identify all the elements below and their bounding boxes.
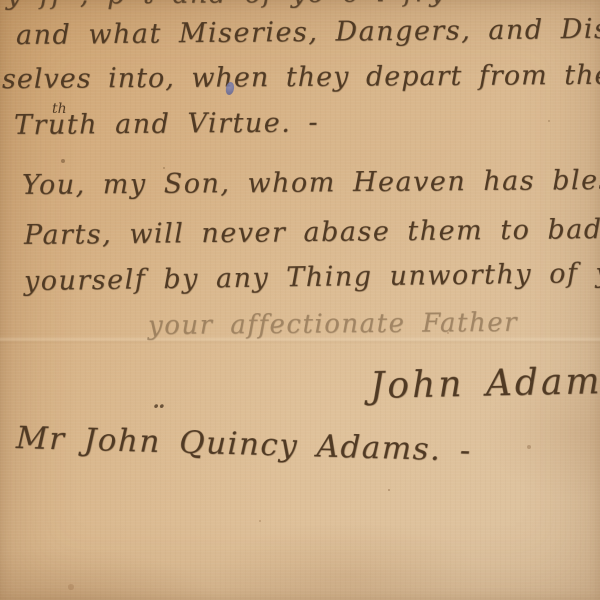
letter-line-selves: selves into, when they depart from the P… — [2, 59, 600, 95]
letter-line-parts: Parts, will never abase them to bad Purp… — [24, 211, 600, 251]
letter-line-clipped-top: y ff , p t and of yo c i fry — [6, 0, 446, 11]
letter-line-yourself: yourself by any Thing unworthy of you. S… — [24, 255, 600, 297]
letter-page: y ff , p t and of yo c i fry and what Mi… — [0, 0, 600, 600]
letter-line-you-my-son: You, my Son, whom Heaven has blessed wit… — [22, 163, 600, 201]
foxing-specks — [0, 0, 2, 2]
signature-john-adams: John Adams — [370, 361, 600, 407]
letter-line-miseries: and what Miseries, Dangers, and Distress… — [16, 11, 600, 51]
letter-closing-line: your affectionate Father — [148, 308, 518, 341]
truth-superscript-mark: th — [52, 101, 67, 117]
addressee-line: Mr John Quincy Adams. - — [15, 420, 472, 469]
blue-ink-blot — [225, 82, 235, 96]
